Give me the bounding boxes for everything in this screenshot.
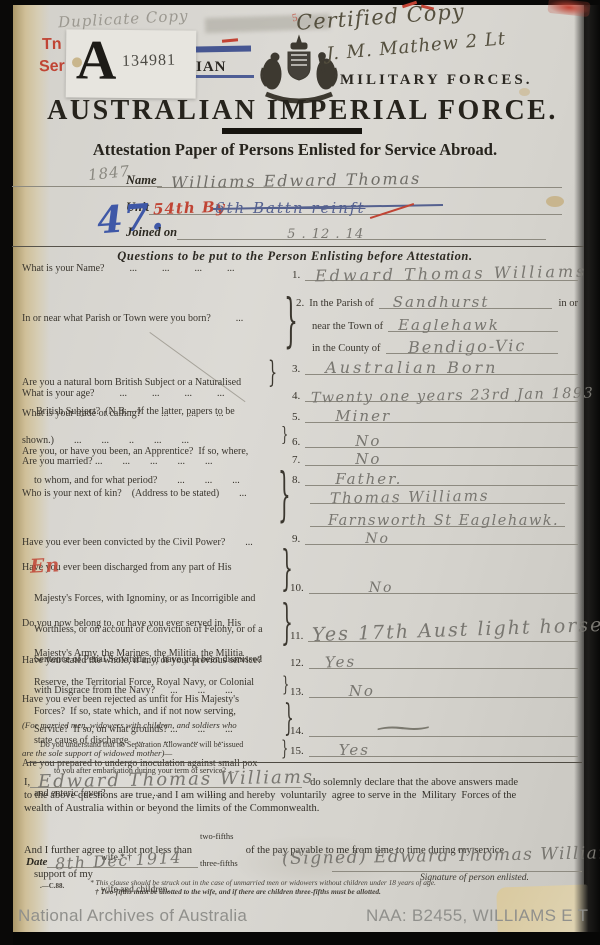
answer-8-row-2: Thomas Williams	[310, 485, 565, 504]
answer-12-value: Yes	[324, 652, 356, 671]
blue-stamp-bar	[196, 46, 251, 53]
answer-2-town-row: near the Town of Eaglehawk	[312, 314, 558, 332]
unit-row: Unit 54th By 6th Battn reinft	[126, 196, 562, 215]
joined-row: Joined on 5 . 12 . 14	[126, 221, 546, 240]
answer-11-row: 11. Yes 17th Aust light horse	[290, 612, 578, 642]
town-value: Eaglehawk	[398, 316, 500, 334]
answer-10-value: No	[369, 580, 394, 596]
brace-q6: }	[281, 425, 288, 445]
answer-8-field-3: Farnsworth St Eaglehawk.	[310, 507, 565, 527]
signature-underline	[332, 871, 582, 872]
answer-10-field: No	[309, 574, 578, 594]
answer-7-row: 7. No	[292, 447, 578, 466]
date-field: 8th Dec 1914	[47, 849, 198, 868]
answer-10-row: 10. No	[290, 575, 578, 594]
answer-1-field: Edward Thomas Williams	[305, 259, 578, 281]
unit-field: 54th By 6th Battn reinft	[149, 195, 562, 215]
declaration-line-2: to the above questions are true, and I a…	[24, 790, 516, 801]
answer-5-value: Miner	[335, 407, 391, 425]
question-8-text: Who is your next of kin? (Address to be …	[22, 489, 247, 499]
question-7-text: Are you married? ... ... ... ... ...	[22, 457, 213, 467]
answer-4-field: Twenty one years 23rd Jan 1893	[305, 380, 578, 402]
parish-value: Sandhurst	[393, 293, 490, 311]
scan-border-bottom	[0, 932, 600, 945]
brace-q13: }	[282, 675, 289, 696]
answer-8-field-2: Thomas Williams	[310, 484, 565, 504]
answer-5-field: Miner	[305, 403, 578, 423]
declaration-line-1: do solemnly declare that the above answe…	[302, 777, 518, 788]
scan-border-top	[0, 0, 600, 5]
answer-2-number: 2.	[296, 297, 309, 309]
section-divider-line	[12, 246, 584, 247]
blue-stamp-underline	[196, 75, 254, 78]
question-1-text: What is your Name? ... ... ... ...	[22, 264, 234, 274]
answer-12-field: Yes	[309, 649, 578, 669]
red-stamp-word-1: Tn	[42, 36, 62, 54]
name-label: Name	[126, 173, 157, 188]
answer-1-row: 1. Edward Thomas Williams	[292, 260, 578, 281]
answer-13-value: No	[349, 682, 375, 700]
joined-label: Joined on	[126, 225, 177, 240]
answer-4-number: 4.	[292, 390, 305, 402]
declaration-divider-line	[26, 762, 582, 763]
title-underline	[222, 128, 362, 134]
allotment-fractions: two-fifths three-fifths	[192, 814, 246, 886]
county-label: in the County of	[312, 343, 386, 354]
answer-13-row: 13. No	[290, 679, 578, 698]
answer-2-parish-row: 2. In the Parish of Sandhurst in or	[296, 291, 578, 309]
form-code: .—C.88.	[40, 882, 64, 890]
answer-15-field: Yes	[309, 739, 578, 757]
answer-13-field: No	[309, 678, 578, 698]
parish-label: In the Parish of	[309, 298, 378, 309]
brace-q15: }	[281, 739, 288, 760]
answer-9-field: No	[305, 525, 578, 545]
answer-9-value: No	[365, 531, 390, 547]
answer-9-row: 9. No	[292, 526, 578, 545]
label-number: 134981	[122, 52, 176, 71]
declaration-name-field: Edward Thomas Williams	[30, 765, 302, 788]
answer-3-row: 3. Australian Born	[292, 355, 578, 375]
footnote-1: * This clause should be struck out in th…	[90, 878, 436, 887]
question-5-text: What is your trade or calling? ... ... .…	[22, 409, 224, 419]
joined-field: 5 . 12 . 14	[177, 220, 546, 240]
answer-8-number: 8.	[292, 474, 305, 486]
answer-4-row: 4. Twenty one years 23rd Jan 1893	[292, 381, 578, 402]
stamp-fragment-text: IAN	[196, 59, 227, 76]
answer-14-number: 14.	[290, 725, 309, 737]
military-forces-heading: MILITARY FORCES.	[340, 72, 533, 89]
declaration-name-row: I, Edward Thomas Williams do solemnly de…	[24, 766, 580, 788]
county-field: Bendigo-Vic	[386, 335, 558, 354]
registration-label: A 134981	[66, 29, 197, 98]
town-label: near the Town of	[312, 321, 388, 332]
answer-7-field: No	[305, 446, 578, 466]
name-row: Name Williams Edward Thomas	[126, 168, 562, 188]
scan-border-left	[0, 0, 13, 945]
answer-15-number: 15.	[290, 745, 309, 757]
answer-3-number: 3.	[292, 363, 305, 375]
question-12-text: Have you stated the whole, if any, of yo…	[22, 656, 262, 666]
parish-tail-label: in or	[552, 298, 578, 309]
answer-3-field: Australian Born	[305, 354, 578, 375]
answer-12-row: 12. Yes	[290, 650, 578, 669]
name-field: Williams Edward Thomas	[157, 167, 562, 188]
answer-15-value: Yes	[339, 741, 370, 759]
support-options: wife.* † wife and children.	[93, 832, 178, 916]
answer-8-field-1: Father.	[305, 466, 578, 486]
answer-12-number: 12.	[290, 657, 309, 669]
footnote-2: † Two-fifths must be allotted to the wif…	[95, 887, 381, 896]
punch-hole	[72, 57, 82, 67]
answer-10-number: 10.	[290, 582, 309, 594]
answer-15-row: 15. Yes	[290, 740, 578, 757]
red-margin-stamp: En	[29, 554, 60, 578]
watermark-archive-name: National Archives of Australia	[18, 906, 247, 926]
brace-q8: }	[278, 466, 291, 524]
answer-3-value: Australian Born	[325, 358, 498, 377]
brace-q3: }	[268, 357, 277, 387]
answer-6-field: No	[305, 428, 578, 448]
red-stamp-word-2: Ser	[39, 58, 65, 76]
question-2-text: In or near what Parish or Town were you …	[22, 314, 243, 324]
fraction-three-fifths: three-fifths	[200, 859, 238, 868]
page-subtitle: Attestation Paper of Persons Enlisted fo…	[20, 140, 570, 160]
parish-field: Sandhurst	[379, 290, 553, 309]
answer-5-number: 5.	[292, 411, 305, 423]
watermark-series-reference: NAA: B2455, WILLIAMS E T	[366, 906, 588, 926]
answer-11-field: Yes 17th Aust light horse	[308, 611, 578, 642]
date-label: Date	[26, 856, 47, 868]
answer-9-number: 9.	[292, 533, 305, 545]
answer-8-value-2: Thomas Williams	[330, 487, 490, 508]
page-title: AUSTRALIAN IMPERIAL FORCE.	[30, 95, 575, 127]
joined-value: 5 . 12 . 14	[287, 227, 364, 242]
town-field: Eaglehawk	[388, 313, 558, 332]
date-row: Date 8th Dec 1914	[26, 850, 198, 868]
signature-caption: Signature of person enlisted.	[420, 873, 529, 883]
answer-1-number: 1.	[292, 269, 305, 281]
fraction-two-fifths: two-fifths	[200, 832, 238, 841]
answer-14-field: ~	[309, 717, 578, 737]
answer-14-squiggle: ~	[369, 714, 441, 742]
answer-7-number: 7.	[292, 454, 305, 466]
question-4-text: What is your age? ... ... ... ...	[22, 389, 224, 399]
answer-2-county-row: in the County of Bendigo-Vic	[312, 336, 558, 354]
answer-11-value: Yes 17th Aust light horse	[312, 614, 600, 646]
answer-14-row: 14. ~	[290, 718, 578, 737]
attestation-paper-scan: Duplicate Copy Tn Ser 5 A 134981 IAN MIL…	[0, 0, 600, 945]
answer-5-row: 5. Miner	[292, 404, 578, 423]
answer-11-number: 11.	[290, 630, 308, 642]
support-row: support of my wife.* † wife and children…	[34, 832, 178, 916]
declaration-line-3: wealth of Australia within or beyond the…	[24, 803, 319, 814]
